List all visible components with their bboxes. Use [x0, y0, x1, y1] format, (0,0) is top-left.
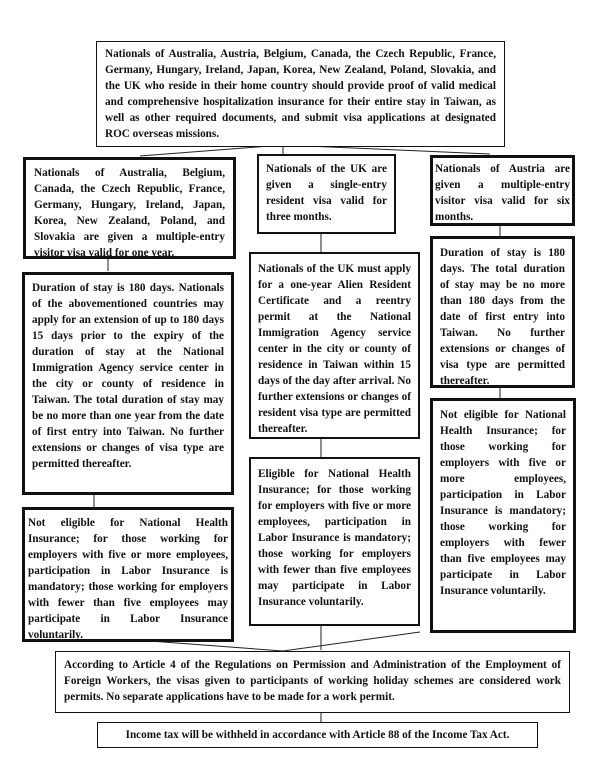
left-insurance-box: Not eligible for National Health Insuran…: [22, 507, 234, 642]
middle-insurance-text: Eligible for National Health Insurance; …: [258, 466, 411, 610]
root-eligibility-box: Nationals of Australia, Austria, Belgium…: [96, 41, 505, 147]
right-stay-text: Duration of stay is 180 days. The total …: [440, 245, 565, 389]
left-visa-text: Nationals of Australia, Belgium, Canada,…: [34, 165, 225, 261]
root-eligibility-text: Nationals of Australia, Austria, Belgium…: [105, 46, 496, 142]
middle-insurance-box: Eligible for National Health Insurance; …: [249, 457, 420, 626]
middle-stay-text: Nationals of the UK must apply for a one…: [258, 261, 411, 437]
right-insurance-text: Not eligible for National Health Insuran…: [440, 407, 566, 599]
work-permit-box: According to Article 4 of the Regulation…: [55, 651, 570, 713]
middle-visa-text: Nationals of the UK are given a single-e…: [266, 161, 387, 225]
left-stay-box: Duration of stay is 180 days. Nationals …: [22, 272, 234, 495]
middle-visa-box: Nationals of the UK are given a single-e…: [257, 154, 396, 234]
middle-stay-box: Nationals of the UK must apply for a one…: [249, 252, 420, 439]
left-visa-box: Nationals of Australia, Belgium, Canada,…: [23, 157, 236, 259]
left-insurance-text: Not eligible for National Health Insuran…: [28, 515, 228, 643]
right-stay-box: Duration of stay is 180 days. The total …: [430, 236, 575, 388]
left-stay-text: Duration of stay is 180 days. Nationals …: [32, 280, 224, 472]
income-tax-text: Income tax will be withheld in accordanc…: [104, 727, 531, 743]
right-insurance-box: Not eligible for National Health Insuran…: [430, 398, 576, 633]
income-tax-box: Income tax will be withheld in accordanc…: [97, 722, 538, 748]
work-permit-text: According to Article 4 of the Regulation…: [64, 657, 561, 705]
right-visa-text: Nationals of Austria are given a multipl…: [435, 161, 570, 225]
right-visa-box: Nationals of Austria are given a multipl…: [430, 155, 575, 226]
